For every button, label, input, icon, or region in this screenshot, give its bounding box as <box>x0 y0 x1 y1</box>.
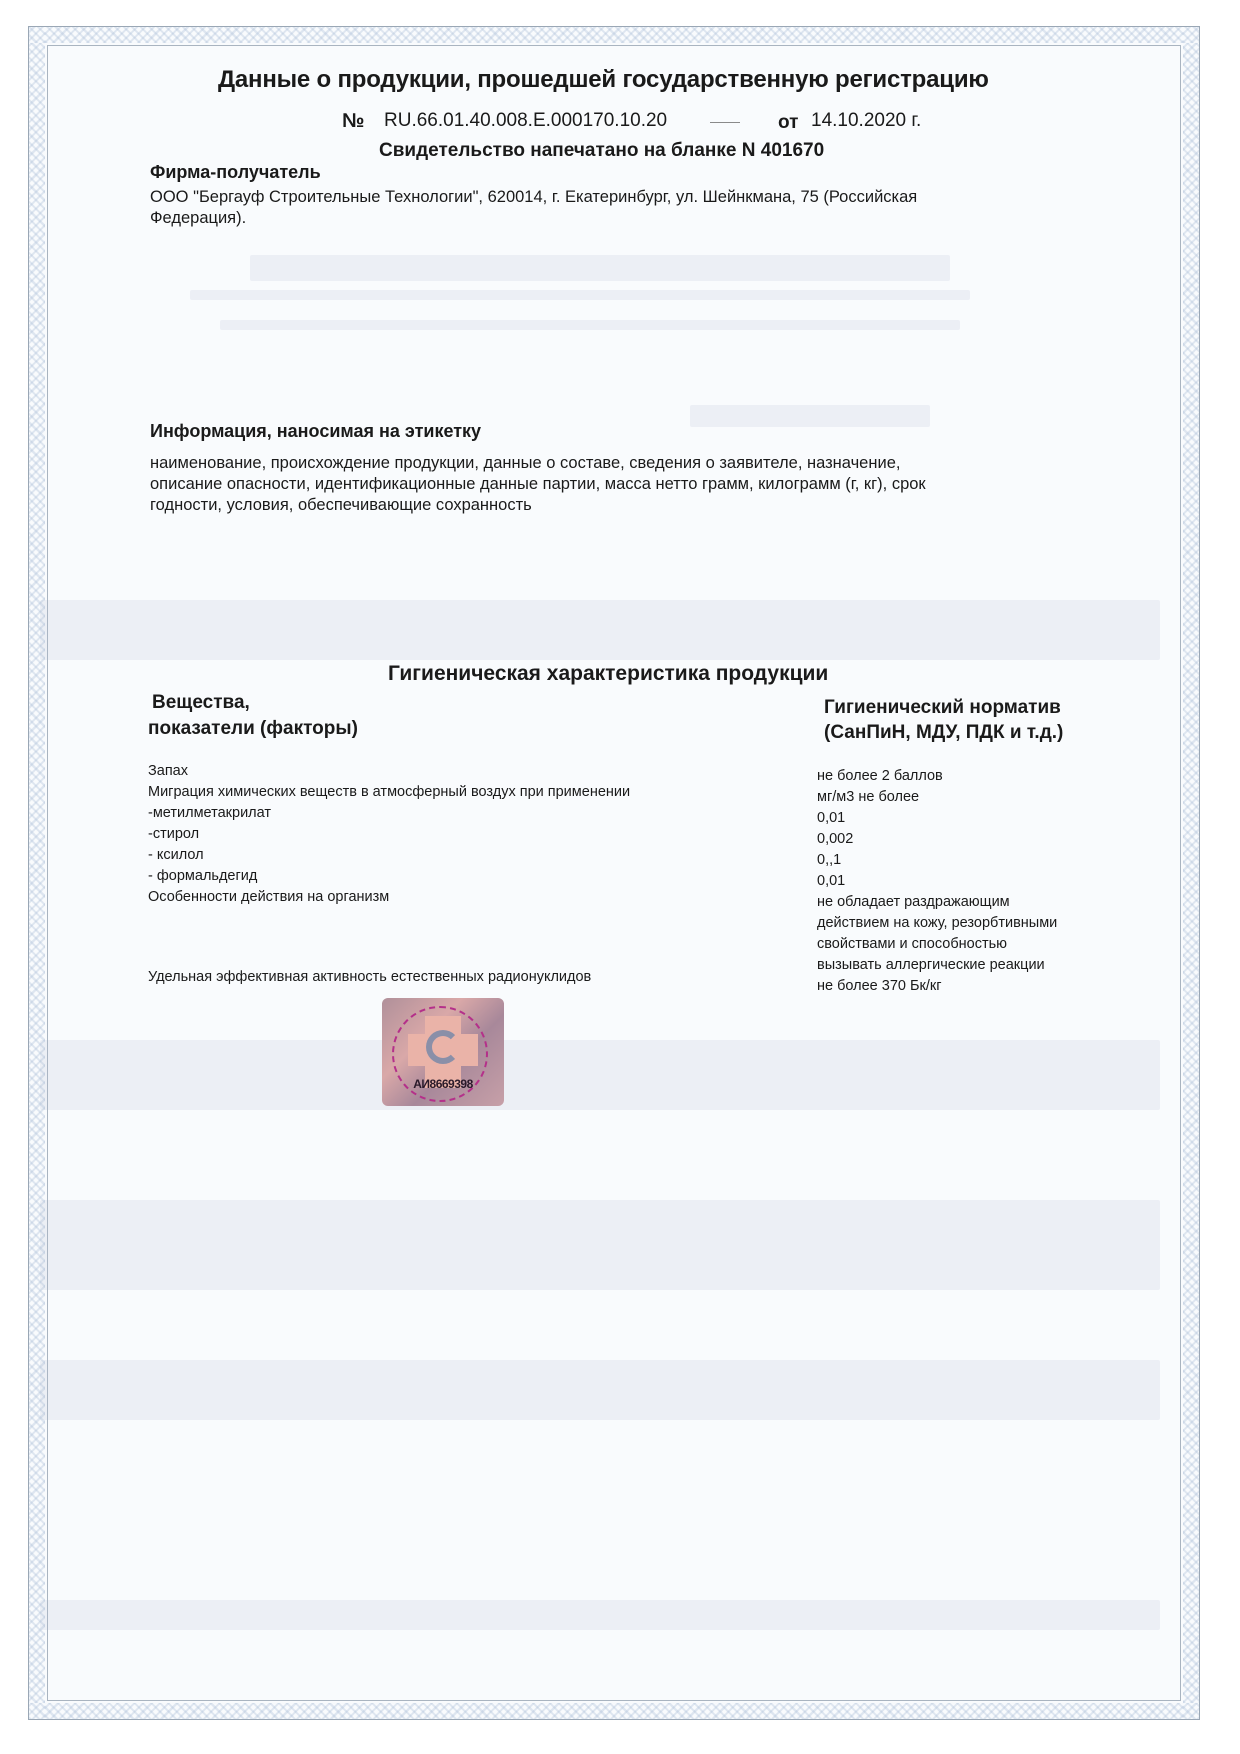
norm-row: не более 370 Бк/кг <box>817 976 942 997</box>
column-header-substances: Вещества, <box>152 692 250 714</box>
number-sign: № <box>342 110 364 133</box>
norm-row: действием на кожу, резорбтивными <box>817 913 1057 934</box>
norm-row: не более 2 баллов <box>817 766 943 787</box>
dash-separator <box>710 122 740 123</box>
date-prefix: от <box>778 112 798 134</box>
norm-row: 0,01 <box>817 808 845 829</box>
substance-row: Запах <box>148 761 188 782</box>
norm-row: 0,01 <box>817 871 845 892</box>
certification-hologram-icon: АИ8669398 <box>382 998 504 1106</box>
label-info-heading: Информация, наносимая на этикетку <box>150 421 481 442</box>
recipient-address-line2: Федерация). <box>150 208 246 229</box>
norm-row: вызывать аллергические реакции <box>817 955 1045 976</box>
watermark-shadow <box>190 290 970 300</box>
norm-row: 0,002 <box>817 829 853 850</box>
label-info-line: описание опасности, идентификационные да… <box>150 474 926 495</box>
recipient-label: Фирма-получатель <box>150 162 321 183</box>
watermark-shadow <box>220 320 960 330</box>
document-title: Данные о продукции, прошедшей государств… <box>218 66 989 94</box>
radionuclides-label: Удельная эффективная активность естестве… <box>148 967 591 988</box>
registration-number: RU.66.01.40.008.E.000170.10.20 <box>384 110 667 132</box>
watermark-shadow <box>40 1360 1160 1420</box>
watermark-shadow <box>40 600 1160 660</box>
column-header-norm: (СанПиН, МДУ, ПДК и т.д.) <box>824 722 1063 744</box>
watermark-shadow <box>40 1600 1160 1630</box>
substance-row: -стирол <box>148 824 199 845</box>
registration-date: 14.10.2020 г. <box>811 110 921 132</box>
label-info-line: годности, условия, обеспечивающие сохран… <box>150 495 532 516</box>
substance-row: Особенности действия на организм <box>148 887 389 908</box>
watermark-shadow <box>40 1200 1160 1290</box>
watermark-shadow <box>40 1040 1160 1110</box>
norm-row: 0,,1 <box>817 850 841 871</box>
norm-row: мг/м3 не более <box>817 787 919 808</box>
blank-note: Свидетельство напечатано на бланке N 401… <box>379 140 824 162</box>
substance-row: - формальдегид <box>148 866 257 887</box>
label-info-line: наименование, происхождение продукции, д… <box>150 453 900 474</box>
substance-row: Миграция химических веществ в атмосферны… <box>148 782 630 803</box>
substance-row: - ксилол <box>148 845 204 866</box>
column-header-substances: показатели (факторы) <box>148 718 358 740</box>
substance-row: -метилметакрилат <box>148 803 271 824</box>
recipient-address-line1: ООО "Бергауф Строительные Технологии", 6… <box>150 187 917 208</box>
norm-row: свойствами и способностью <box>817 934 1007 955</box>
column-header-norm: Гигиенический норматив <box>824 697 1061 719</box>
hologram-serial: АИ8669398 <box>382 1077 504 1091</box>
watermark-shadow <box>690 405 930 427</box>
norm-row: не обладает раздражающим <box>817 892 1010 913</box>
hygiene-heading: Гигиеническая характеристика продукции <box>388 662 828 686</box>
watermark-shadow <box>250 255 950 281</box>
